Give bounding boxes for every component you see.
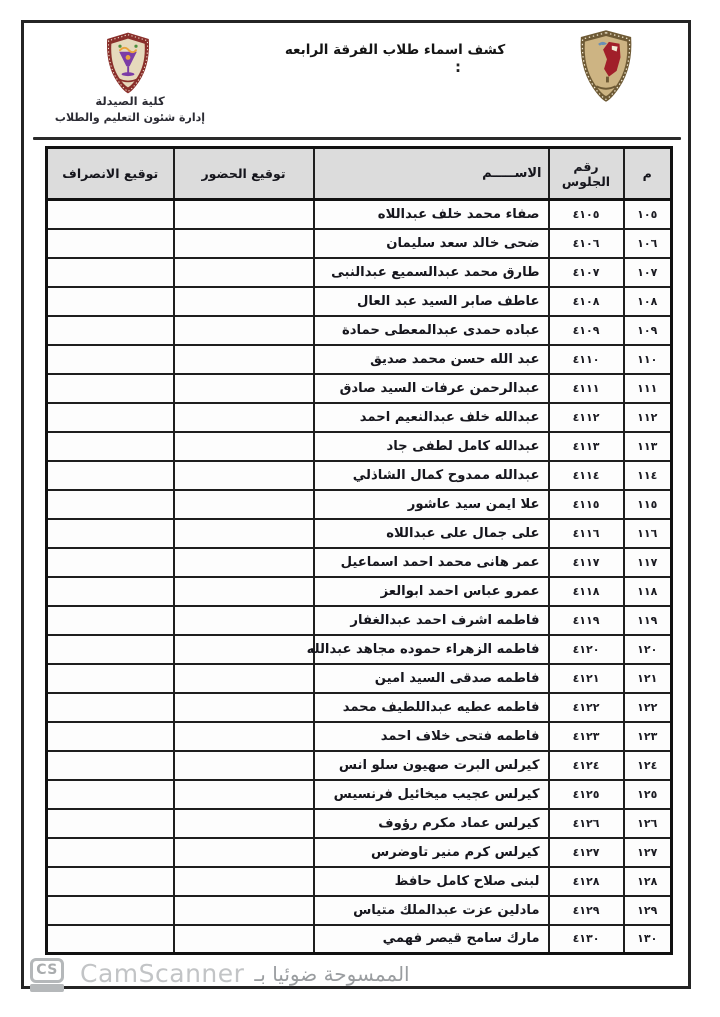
- serial-cell: ١٠٧: [624, 258, 672, 287]
- departure-signature-cell: [47, 229, 174, 258]
- table-row: ١١٩٤١١٩فاطمه اشرف احمد عبدالغفار: [47, 606, 672, 635]
- column-header-attendance-signature: توقيع الحضور: [174, 148, 314, 200]
- name-cell: مادلين عزت عبدالملك متياس: [314, 896, 549, 925]
- seat-cell: ٤١٠٥: [549, 200, 624, 229]
- departure-signature-cell: [47, 345, 174, 374]
- attendance-signature-cell: [174, 867, 314, 896]
- attendance-signature-cell: [174, 316, 314, 345]
- departure-signature-cell: [47, 780, 174, 809]
- table-row: ١٠٨٤١٠٨عاطف صابر السيد عبد العال: [47, 287, 672, 316]
- departure-signature-cell: [47, 925, 174, 954]
- departure-signature-cell: [47, 287, 174, 316]
- departure-signature-cell: [47, 751, 174, 780]
- departure-signature-cell: [47, 838, 174, 867]
- table-row: ١١٥٤١١٥علا ايمن سيد عاشور: [47, 490, 672, 519]
- name-cell: طارق محمد عبدالسميع عبدالنبى: [314, 258, 549, 287]
- departure-signature-cell: [47, 809, 174, 838]
- departure-signature-cell: [47, 635, 174, 664]
- serial-cell: ١٢٠: [624, 635, 672, 664]
- attendance-signature-cell: [174, 229, 314, 258]
- column-header-seat-number: رقم الجلوس: [549, 148, 624, 200]
- name-cell: فاطمه الزهراء حموده مجاهد عبدالله: [314, 635, 549, 664]
- name-cell: عبدالله خلف عبدالنعيم احمد: [314, 403, 549, 432]
- table-row: ١١٠٤١١٠عبد الله حسن محمد صديق: [47, 345, 672, 374]
- scanned-with-text: الممسوحة ضوئيا بـ: [254, 960, 409, 986]
- table-row: ١١٧٤١١٧عمر هانى محمد احمد اسماعيل: [47, 548, 672, 577]
- serial-cell: ١٠٩: [624, 316, 672, 345]
- column-header-departure-signature: توقيع الانصراف: [47, 148, 174, 200]
- org-name: كلية الصيدلة: [38, 94, 222, 108]
- attendance-signature-cell: [174, 896, 314, 925]
- departure-signature-cell: [47, 519, 174, 548]
- name-cell: فاطمه عطيه عبداللطيف محمد: [314, 693, 549, 722]
- serial-cell: ١١٣: [624, 432, 672, 461]
- org-block: كلية الصيدلة إدارة شئون التعليم والطلاب: [38, 94, 222, 124]
- attendance-signature-cell: [174, 461, 314, 490]
- table-row: ١٢٥٤١٢٥كيرلس عجيب ميخائيل فرنسيس: [47, 780, 672, 809]
- camscanner-watermark: CS CamScanner الممسوحة ضوئيا بـ: [30, 953, 410, 993]
- serial-cell: ١١٩: [624, 606, 672, 635]
- attendance-signature-cell: [174, 925, 314, 954]
- seat-cell: ٤١٢٢: [549, 693, 624, 722]
- seat-cell: ٤١٢٥: [549, 780, 624, 809]
- departure-signature-cell: [47, 606, 174, 635]
- serial-cell: ١١٠: [624, 345, 672, 374]
- seat-cell: ٤١٣٠: [549, 925, 624, 954]
- attendance-signature-cell: [174, 374, 314, 403]
- name-cell: لبنى صلاح كامل حافظ: [314, 867, 549, 896]
- attendance-signature-cell: [174, 519, 314, 548]
- seat-cell: ٤١١٨: [549, 577, 624, 606]
- page-title: كشف اسماء طلاب الفرقة الرابعه: [250, 42, 540, 58]
- seat-cell: ٤١٢٦: [549, 809, 624, 838]
- org-department: إدارة شئون التعليم والطلاب: [38, 111, 222, 124]
- name-cell: على جمال على عبداللاه: [314, 519, 549, 548]
- name-cell: كيرلس عجيب ميخائيل فرنسيس: [314, 780, 549, 809]
- seat-cell: ٤١١٠: [549, 345, 624, 374]
- table-row: ١٠٧٤١٠٧طارق محمد عبدالسميع عبدالنبى: [47, 258, 672, 287]
- departure-signature-cell: [47, 577, 174, 606]
- name-cell: ضحى خالد سعد سليمان: [314, 229, 549, 258]
- attendance-signature-cell: [174, 577, 314, 606]
- seat-cell: ٤١٠٧: [549, 258, 624, 287]
- serial-cell: ١١٦: [624, 519, 672, 548]
- scanned-page: كلية الصيدلة إدارة شئون التعليم والطلاب …: [0, 0, 720, 1017]
- name-cell: كيرلس كرم منير تاوضرس: [314, 838, 549, 867]
- student-rows: ١٠٥٤١٠٥صفاء محمد خلف عبداللاه١٠٦٤١٠٦ضحى …: [47, 200, 672, 954]
- serial-cell: ١٢٢: [624, 693, 672, 722]
- serial-cell: ١١٨: [624, 577, 672, 606]
- seat-cell: ٤١٢٠: [549, 635, 624, 664]
- name-cell: عاطف صابر السيد عبد العال: [314, 287, 549, 316]
- serial-cell: ١٢١: [624, 664, 672, 693]
- table-header-row: م رقم الجلوس الاســـــم توقيع الحضور توق…: [47, 148, 672, 200]
- table-row: ١١٣٤١١٣عبدالله كامل لطفى جاد: [47, 432, 672, 461]
- table-row: ١٢٧٤١٢٧كيرلس كرم منير تاوضرس: [47, 838, 672, 867]
- table-row: ١٠٩٤١٠٩عباده حمدى عبدالمعطى حمادة: [47, 316, 672, 345]
- departure-signature-cell: [47, 490, 174, 519]
- table-row: ١٢٣٤١٢٣فاطمه فتحى خلاف احمد: [47, 722, 672, 751]
- attendance-signature-cell: [174, 432, 314, 461]
- camscanner-cs-icon: CS: [30, 958, 64, 983]
- serial-cell: ١٢٥: [624, 780, 672, 809]
- seat-cell: ٤١٢٣: [549, 722, 624, 751]
- departure-signature-cell: [47, 374, 174, 403]
- attendance-signature-cell: [174, 809, 314, 838]
- attendance-signature-cell: [174, 287, 314, 316]
- departure-signature-cell: [47, 664, 174, 693]
- seat-cell: ٤١٠٨: [549, 287, 624, 316]
- attendance-signature-cell: [174, 751, 314, 780]
- column-header-serial: م: [624, 148, 672, 200]
- table-row: ١٣٠٤١٣٠مارك سامح قيصر فهمي: [47, 925, 672, 954]
- camscanner-brand-text: CamScanner: [80, 959, 244, 988]
- title-colon: :: [448, 58, 468, 76]
- name-cell: فاطمه صدقى السيد امين: [314, 664, 549, 693]
- table-row: ١٢٦٤١٢٦كيرلس عماد مكرم رؤوف: [47, 809, 672, 838]
- name-cell: عبد الله حسن محمد صديق: [314, 345, 549, 374]
- table-row: ١٢٨٤١٢٨لبنى صلاح كامل حافظ: [47, 867, 672, 896]
- table-row: ١١١٤١١١عبدالرحمن عرفات السيد صادق: [47, 374, 672, 403]
- seat-cell: ٤١٠٦: [549, 229, 624, 258]
- attendance-signature-cell: [174, 664, 314, 693]
- students-table: م رقم الجلوس الاســـــم توقيع الحضور توق…: [45, 146, 673, 955]
- serial-cell: ١٢٨: [624, 867, 672, 896]
- table-row: ١٢٩٤١٢٩مادلين عزت عبدالملك متياس: [47, 896, 672, 925]
- seat-cell: ٤١١٢: [549, 403, 624, 432]
- table-row: ١٠٥٤١٠٥صفاء محمد خلف عبداللاه: [47, 200, 672, 229]
- name-cell: عبدالله ممدوح كمال الشاذلي: [314, 461, 549, 490]
- table-row: ١٢٠٤١٢٠فاطمه الزهراء حموده مجاهد عبدالله: [47, 635, 672, 664]
- seat-cell: ٤١٢٤: [549, 751, 624, 780]
- serial-cell: ١٢٩: [624, 896, 672, 925]
- name-cell: فاطمه فتحى خلاف احمد: [314, 722, 549, 751]
- attendance-signature-cell: [174, 693, 314, 722]
- seat-cell: ٤١٢٨: [549, 867, 624, 896]
- serial-cell: ١١٤: [624, 461, 672, 490]
- departure-signature-cell: [47, 403, 174, 432]
- name-cell: فاطمه اشرف احمد عبدالغفار: [314, 606, 549, 635]
- attendance-signature-cell: [174, 838, 314, 867]
- attendance-signature-cell: [174, 722, 314, 751]
- attendance-signature-cell: [174, 403, 314, 432]
- name-cell: كيرلس عماد مكرم رؤوف: [314, 809, 549, 838]
- serial-cell: ١١٥: [624, 490, 672, 519]
- university-emblem-icon: [577, 28, 635, 104]
- seat-cell: ٤١١٤: [549, 461, 624, 490]
- serial-cell: ١٢٦: [624, 809, 672, 838]
- serial-cell: ١٢٤: [624, 751, 672, 780]
- name-cell: عبدالله كامل لطفى جاد: [314, 432, 549, 461]
- name-cell: كيرلس البرت صهيون سلو انس: [314, 751, 549, 780]
- serial-cell: ١٣٠: [624, 925, 672, 954]
- seat-cell: ٤١٢٩: [549, 896, 624, 925]
- name-cell: عمر هانى محمد احمد اسماعيل: [314, 548, 549, 577]
- departure-signature-cell: [47, 258, 174, 287]
- column-header-name: الاســـــم: [314, 148, 549, 200]
- attendance-signature-cell: [174, 548, 314, 577]
- attendance-signature-cell: [174, 635, 314, 664]
- table-row: ١٢٤٤١٢٤كيرلس البرت صهيون سلو انس: [47, 751, 672, 780]
- name-cell: عباده حمدى عبدالمعطى حمادة: [314, 316, 549, 345]
- pharmacy-emblem-icon: [100, 31, 156, 95]
- seat-cell: ٤١١٩: [549, 606, 624, 635]
- departure-signature-cell: [47, 896, 174, 925]
- seat-cell: ٤١٠٩: [549, 316, 624, 345]
- name-cell: مارك سامح قيصر فهمي: [314, 925, 549, 954]
- departure-signature-cell: [47, 461, 174, 490]
- departure-signature-cell: [47, 693, 174, 722]
- table-row: ١١٨٤١١٨عمرو عباس احمد ابوالعز: [47, 577, 672, 606]
- name-cell: علا ايمن سيد عاشور: [314, 490, 549, 519]
- seat-cell: ٤١١١: [549, 374, 624, 403]
- seat-cell: ٤١٢١: [549, 664, 624, 693]
- letterhead-separator: [33, 137, 681, 140]
- table-row: ١١٦٤١١٦على جمال على عبداللاه: [47, 519, 672, 548]
- table-row: ١٠٦٤١٠٦ضحى خالد سعد سليمان: [47, 229, 672, 258]
- seat-cell: ٤١١٥: [549, 490, 624, 519]
- serial-cell: ١٢٧: [624, 838, 672, 867]
- attendance-signature-cell: [174, 780, 314, 809]
- table-row: ١٢٢٤١٢٢فاطمه عطيه عبداللطيف محمد: [47, 693, 672, 722]
- name-cell: عمرو عباس احمد ابوالعز: [314, 577, 549, 606]
- serial-cell: ١١٢: [624, 403, 672, 432]
- departure-signature-cell: [47, 722, 174, 751]
- departure-signature-cell: [47, 548, 174, 577]
- name-cell: صفاء محمد خلف عبداللاه: [314, 200, 549, 229]
- departure-signature-cell: [47, 316, 174, 345]
- table-row: ١١٢٤١١٢عبدالله خلف عبدالنعيم احمد: [47, 403, 672, 432]
- attendance-signature-cell: [174, 490, 314, 519]
- departure-signature-cell: [47, 867, 174, 896]
- serial-cell: ١٠٦: [624, 229, 672, 258]
- seat-cell: ٤١١٣: [549, 432, 624, 461]
- serial-cell: ١١١: [624, 374, 672, 403]
- departure-signature-cell: [47, 432, 174, 461]
- serial-cell: ١٢٣: [624, 722, 672, 751]
- departure-signature-cell: [47, 200, 174, 229]
- seat-cell: ٤١٢٧: [549, 838, 624, 867]
- attendance-signature-cell: [174, 258, 314, 287]
- table-row: ١٢١٤١٢١فاطمه صدقى السيد امين: [47, 664, 672, 693]
- name-cell: عبدالرحمن عرفات السيد صادق: [314, 374, 549, 403]
- table-row: ١١٤٤١١٤عبدالله ممدوح كمال الشاذلي: [47, 461, 672, 490]
- seat-cell: ٤١١٧: [549, 548, 624, 577]
- serial-cell: ١٠٨: [624, 287, 672, 316]
- attendance-signature-cell: [174, 345, 314, 374]
- attendance-signature-cell: [174, 200, 314, 229]
- attendance-signature-cell: [174, 606, 314, 635]
- seat-cell: ٤١١٦: [549, 519, 624, 548]
- serial-cell: ١٠٥: [624, 200, 672, 229]
- serial-cell: ١١٧: [624, 548, 672, 577]
